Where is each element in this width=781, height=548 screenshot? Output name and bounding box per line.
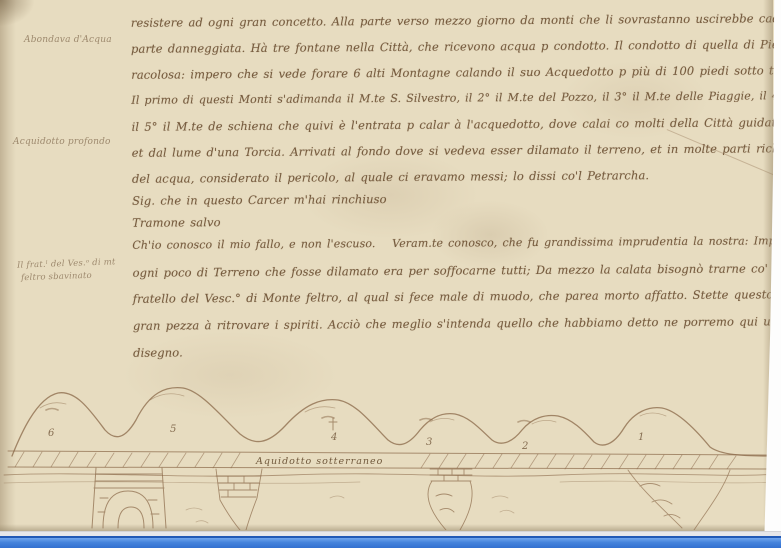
- text-line: racolosa: impero che si vede forare 6 al…: [131, 63, 781, 82]
- hill-number-3: 3: [426, 437, 432, 448]
- rocky-mass-right: [628, 470, 730, 530]
- hill-number-2: 2: [521, 441, 528, 452]
- text-line: parte danneggiata. Hà tre fontane nella …: [131, 37, 781, 56]
- manuscript-body: resistere ad ogni gran concetto. Alla pa…: [0, 0, 781, 383]
- hill-number-6: 6: [48, 428, 55, 439]
- text-line-verse: Sig. che in questo Carcer m'hai rinchius…: [132, 192, 387, 208]
- text-line: Il primo di questi Monti s'adimanda il M…: [131, 88, 781, 106]
- arcade-structure: [92, 468, 166, 528]
- bottom-scrollbar[interactable]: [0, 536, 781, 548]
- aqueduct-band-top: [8, 451, 770, 455]
- hill-number-1: 1: [638, 432, 644, 443]
- text-line-verse: Tramone salvo: [132, 215, 220, 230]
- text-line: gran pezza à ritrovare i spiriti. Acciò …: [133, 314, 781, 333]
- rubble: [186, 496, 514, 523]
- hill-shading: [40, 394, 666, 424]
- parchment-background: Abondava d'Acqua Acquidotto profondo Il …: [0, 0, 781, 534]
- text-line: et dal lume d'una Torcia. Arrivati al fo…: [132, 141, 781, 160]
- aqueduct-sketch: 6 5 4 3 2 1 Aquidotto sotterraneo: [0, 378, 781, 530]
- text-line: resistere ad ogni gran concetto. Alla pa…: [131, 10, 781, 29]
- text-line: ogni poco di Terreno che fosse dilamato …: [133, 261, 781, 280]
- hill-number-4: 4: [330, 432, 337, 443]
- text-line: fratello del Vesc.° di Monte feltro, al …: [133, 287, 781, 306]
- text-line: il 5° il M.te de schiena che quivi è l'e…: [132, 115, 781, 134]
- text-line: Ch'io conosco il mio fallo, e non l'escu…: [132, 234, 781, 252]
- hills-outline: [12, 388, 772, 456]
- cross-mark: [329, 418, 337, 430]
- hill-number-5: 5: [170, 424, 176, 435]
- manuscript-viewer: Abondava d'Acqua Acquidotto profondo Il …: [0, 0, 781, 548]
- text-line: disegno.: [133, 345, 183, 359]
- sketch-caption: Aquidotto sotterraneo: [255, 456, 383, 467]
- brick-pier: [216, 469, 262, 530]
- text-line: del acqua, considerato il pericolo, al q…: [132, 168, 649, 186]
- rocky-pier: [428, 469, 472, 530]
